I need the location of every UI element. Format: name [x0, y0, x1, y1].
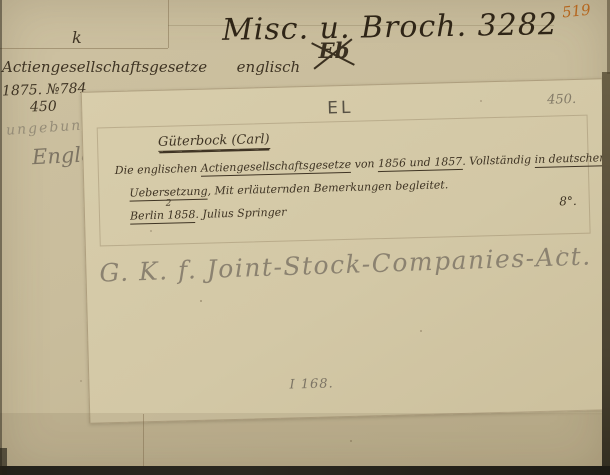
margin-subject: Actiengesellschaftsgesetze — [2, 58, 207, 76]
paper-specks — [200, 300, 202, 302]
record-title-line2: Uebersetzung, Mit erläuternden Bemerkung… — [129, 178, 448, 199]
catalog-card-photo: 519 Misc. u. Broch. 3282 Eb k Actiengese… — [0, 0, 610, 475]
margin-number: 450 — [30, 99, 57, 116]
margin-subject-line: Actiengesellschaftsgesetze englisch — [2, 58, 300, 76]
title-seg-underlined: in deutscher — [534, 151, 604, 168]
title-seg-underlined: 1856 und 1857 — [378, 155, 463, 172]
photo-edge-bottom — [0, 466, 610, 475]
correction-mark: 2 — [166, 199, 172, 209]
imprint-seg: . Julius Springer — [195, 206, 286, 221]
card-shelfmark: EL — [327, 98, 354, 119]
footer-number: I 168. — [289, 376, 334, 392]
title-seg: Die englischen — [115, 162, 201, 177]
backing-lower-band — [0, 413, 610, 466]
title-seg: , Mit erläuternden Bemerkungen begleitet… — [207, 178, 448, 197]
photo-edge-right — [602, 72, 610, 475]
margin-acquisition: 1875. №784 — [2, 81, 87, 100]
backing-bottom-seam — [143, 414, 144, 471]
record-format: 8°. — [559, 194, 577, 208]
photo-edge-left — [0, 0, 2, 475]
bibliographic-slip: Güterbock (Carl) Die englischen Actienge… — [97, 115, 591, 247]
record-author: Güterbock (Carl) — [158, 132, 270, 150]
margin-k-mark: k — [72, 28, 82, 47]
margin-language: englisch — [237, 58, 301, 76]
photo-corner-bottom-left — [0, 448, 7, 475]
corner-number: 519 — [561, 1, 591, 22]
collection-title: Misc. u. Broch. 3282 — [222, 7, 559, 48]
imprint-seg-underlined: Berlin 1858 — [130, 208, 196, 225]
title-seg: von — [351, 157, 378, 171]
patch-right-seam — [168, 0, 169, 48]
record-author-text: Güterbock (Carl) — [158, 132, 270, 152]
cross-reference: G. K. f. Joint-Stock-Companies-Act. — [99, 241, 592, 287]
catalog-card: EL 450. Güterbock (Carl) Die englischen … — [81, 78, 610, 424]
cancelled-shelfmark: Eb — [312, 38, 356, 68]
record-title-line1: Die englischen Actiengesellschaftsgesetz… — [115, 151, 605, 177]
card-number: 450. — [547, 92, 576, 108]
title-seg-underlined: Actiengesellschaftsgesetze — [201, 158, 352, 177]
title-seg: . Vollständig — [462, 153, 535, 168]
patch-bottom-seam — [0, 48, 168, 49]
record-imprint: Berlin 1858. Julius Springer — [130, 206, 287, 223]
